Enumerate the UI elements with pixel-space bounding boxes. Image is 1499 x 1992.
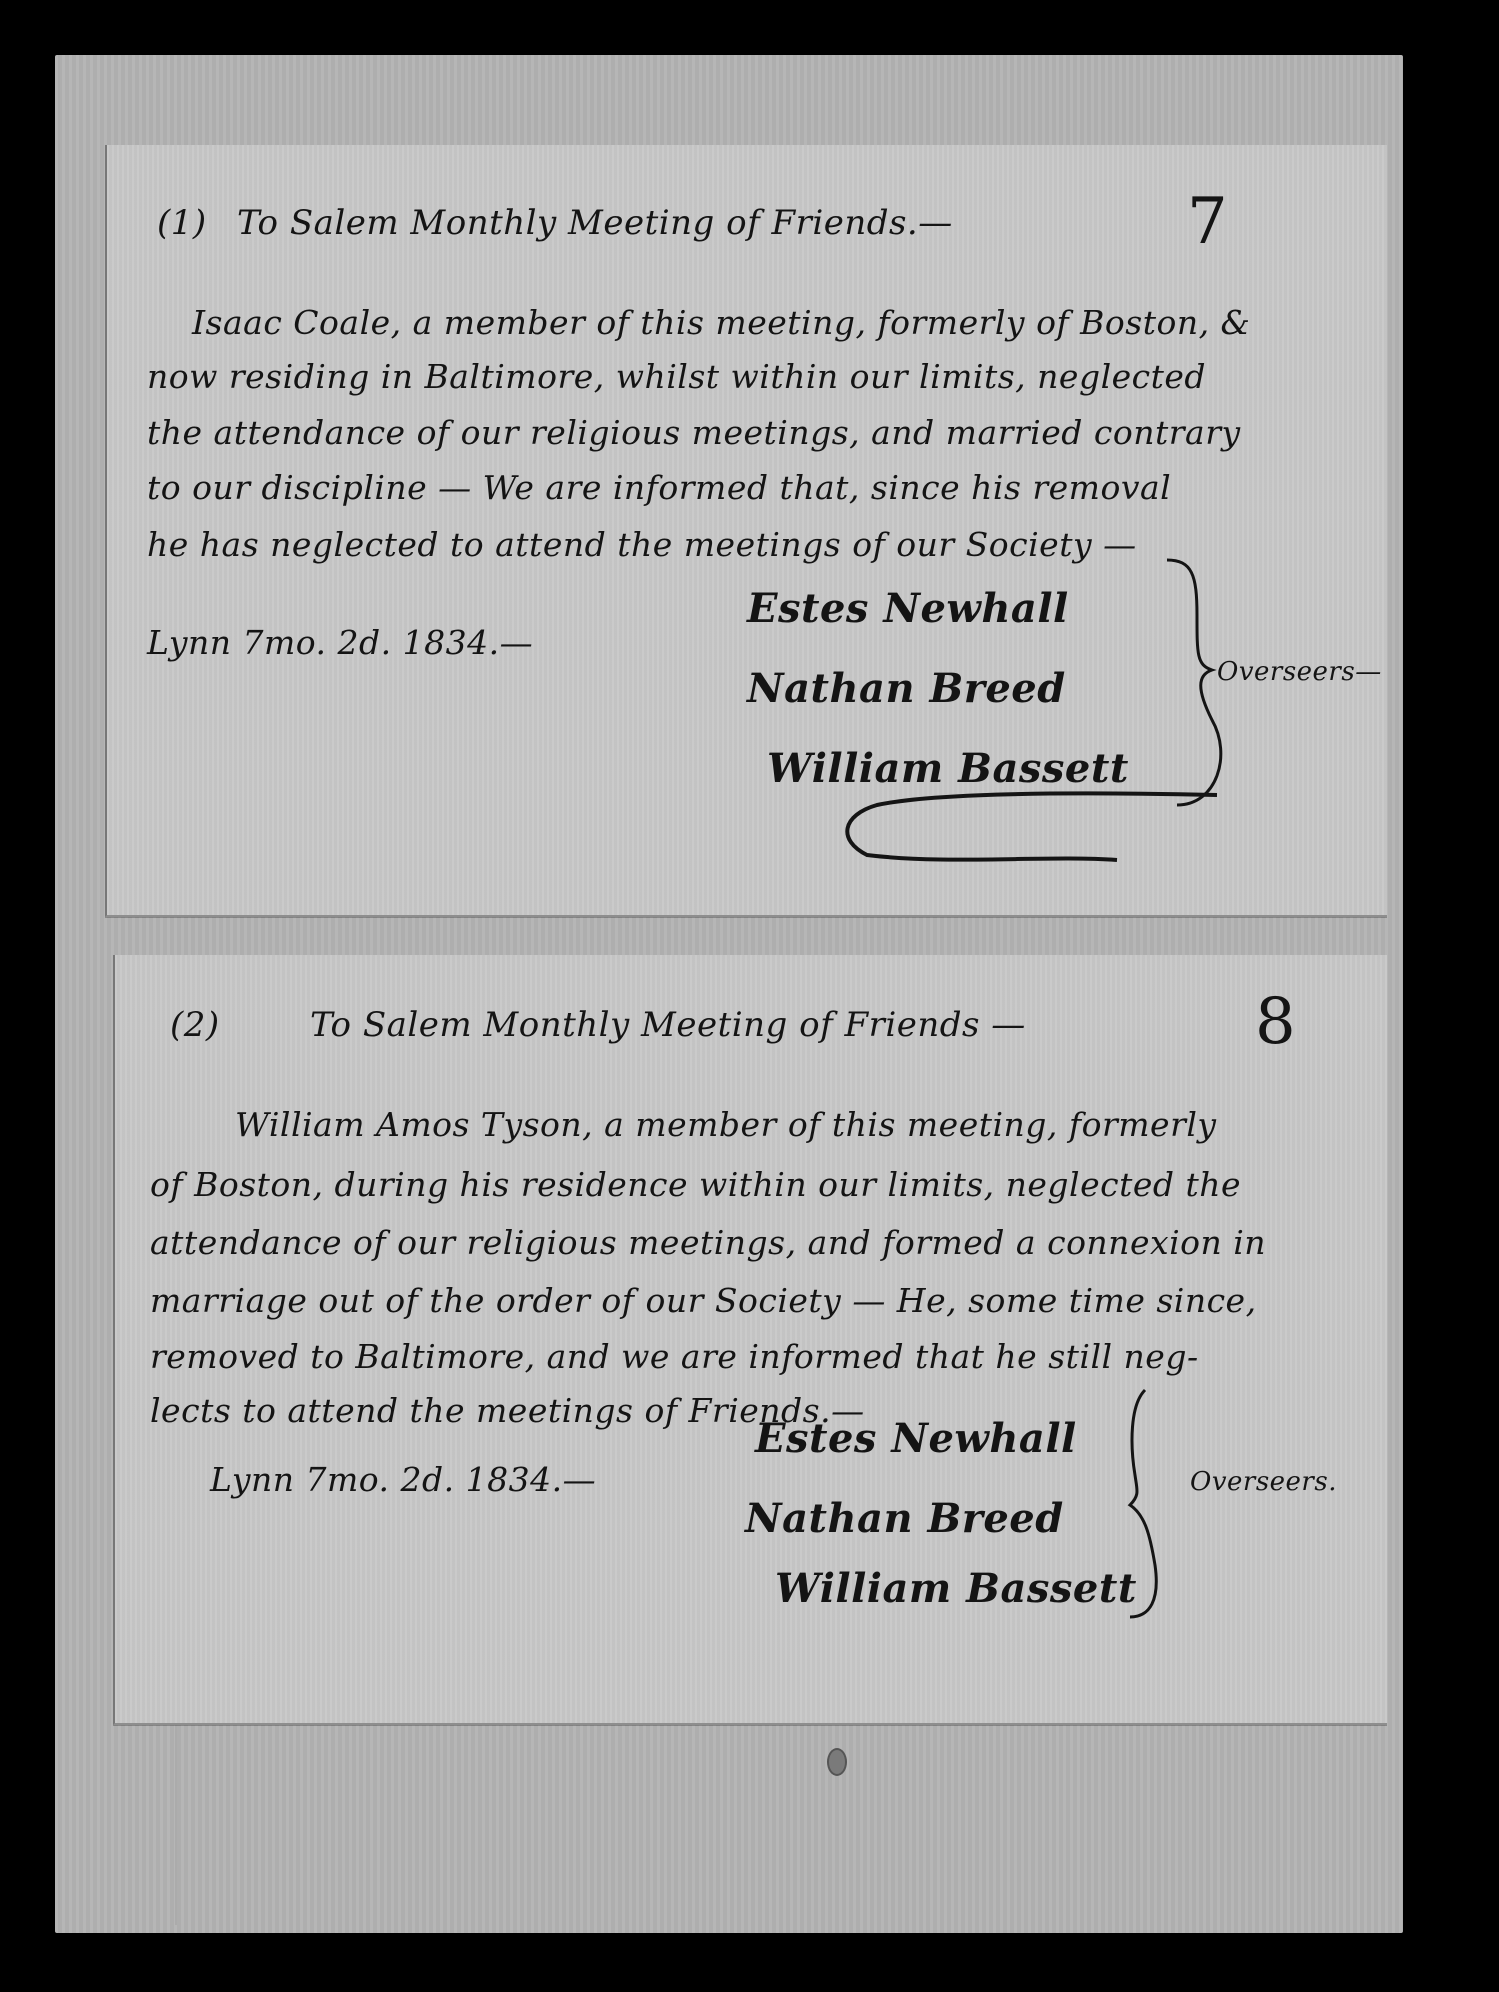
signature: William Bassett xyxy=(775,1565,1137,1612)
letter-number: (1) xyxy=(157,203,207,243)
body-line: he has neglected to attend the meetings … xyxy=(147,525,1137,564)
signature: Estes Newhall xyxy=(747,585,1069,632)
signature: Nathan Breed xyxy=(747,665,1066,712)
body-line: of Boston, during his residence within o… xyxy=(150,1165,1241,1204)
flourish-icon xyxy=(827,785,1227,875)
letter-date: Lynn 7mo. 2d. 1834.— xyxy=(210,1460,596,1499)
letter-heading: To Salem Monthly Meeting of Friends.— xyxy=(237,203,953,243)
body-line: attendance of our religious meetings, an… xyxy=(150,1223,1266,1262)
letter-heading: To Salem Monthly Meeting of Friends — xyxy=(310,1005,1026,1045)
body-line: now residing in Baltimore, whilst within… xyxy=(147,357,1206,396)
page-number: 7 xyxy=(1187,185,1228,259)
body-line: the attendance of our religious meetings… xyxy=(147,413,1241,452)
body-line: removed to Baltimore, and we are informe… xyxy=(150,1337,1199,1376)
ink-stain xyxy=(827,1748,847,1776)
signature: Nathan Breed xyxy=(745,1495,1064,1542)
signer-role: Overseers. xyxy=(1190,1467,1337,1497)
body-line: to our discipline — We are informed that… xyxy=(147,468,1171,507)
brace-icon xyxy=(1125,1385,1195,1625)
letter-date: Lynn 7mo. 2d. 1834.— xyxy=(147,623,533,662)
signature: Estes Newhall xyxy=(755,1415,1077,1462)
letter-number: (2) xyxy=(170,1005,220,1045)
body-line: Isaac Coale, a member of this meeting, f… xyxy=(192,303,1250,342)
letter-2: (2) To Salem Monthly Meeting of Friends … xyxy=(113,955,1387,1725)
body-line: marriage out of the order of our Society… xyxy=(150,1281,1257,1320)
letter-1: (1) To Salem Monthly Meeting of Friends.… xyxy=(105,145,1387,917)
page-number: 8 xyxy=(1255,985,1296,1059)
signer-role: Overseers— xyxy=(1217,657,1382,687)
body-line: William Amos Tyson, a member of this mee… xyxy=(235,1105,1217,1144)
